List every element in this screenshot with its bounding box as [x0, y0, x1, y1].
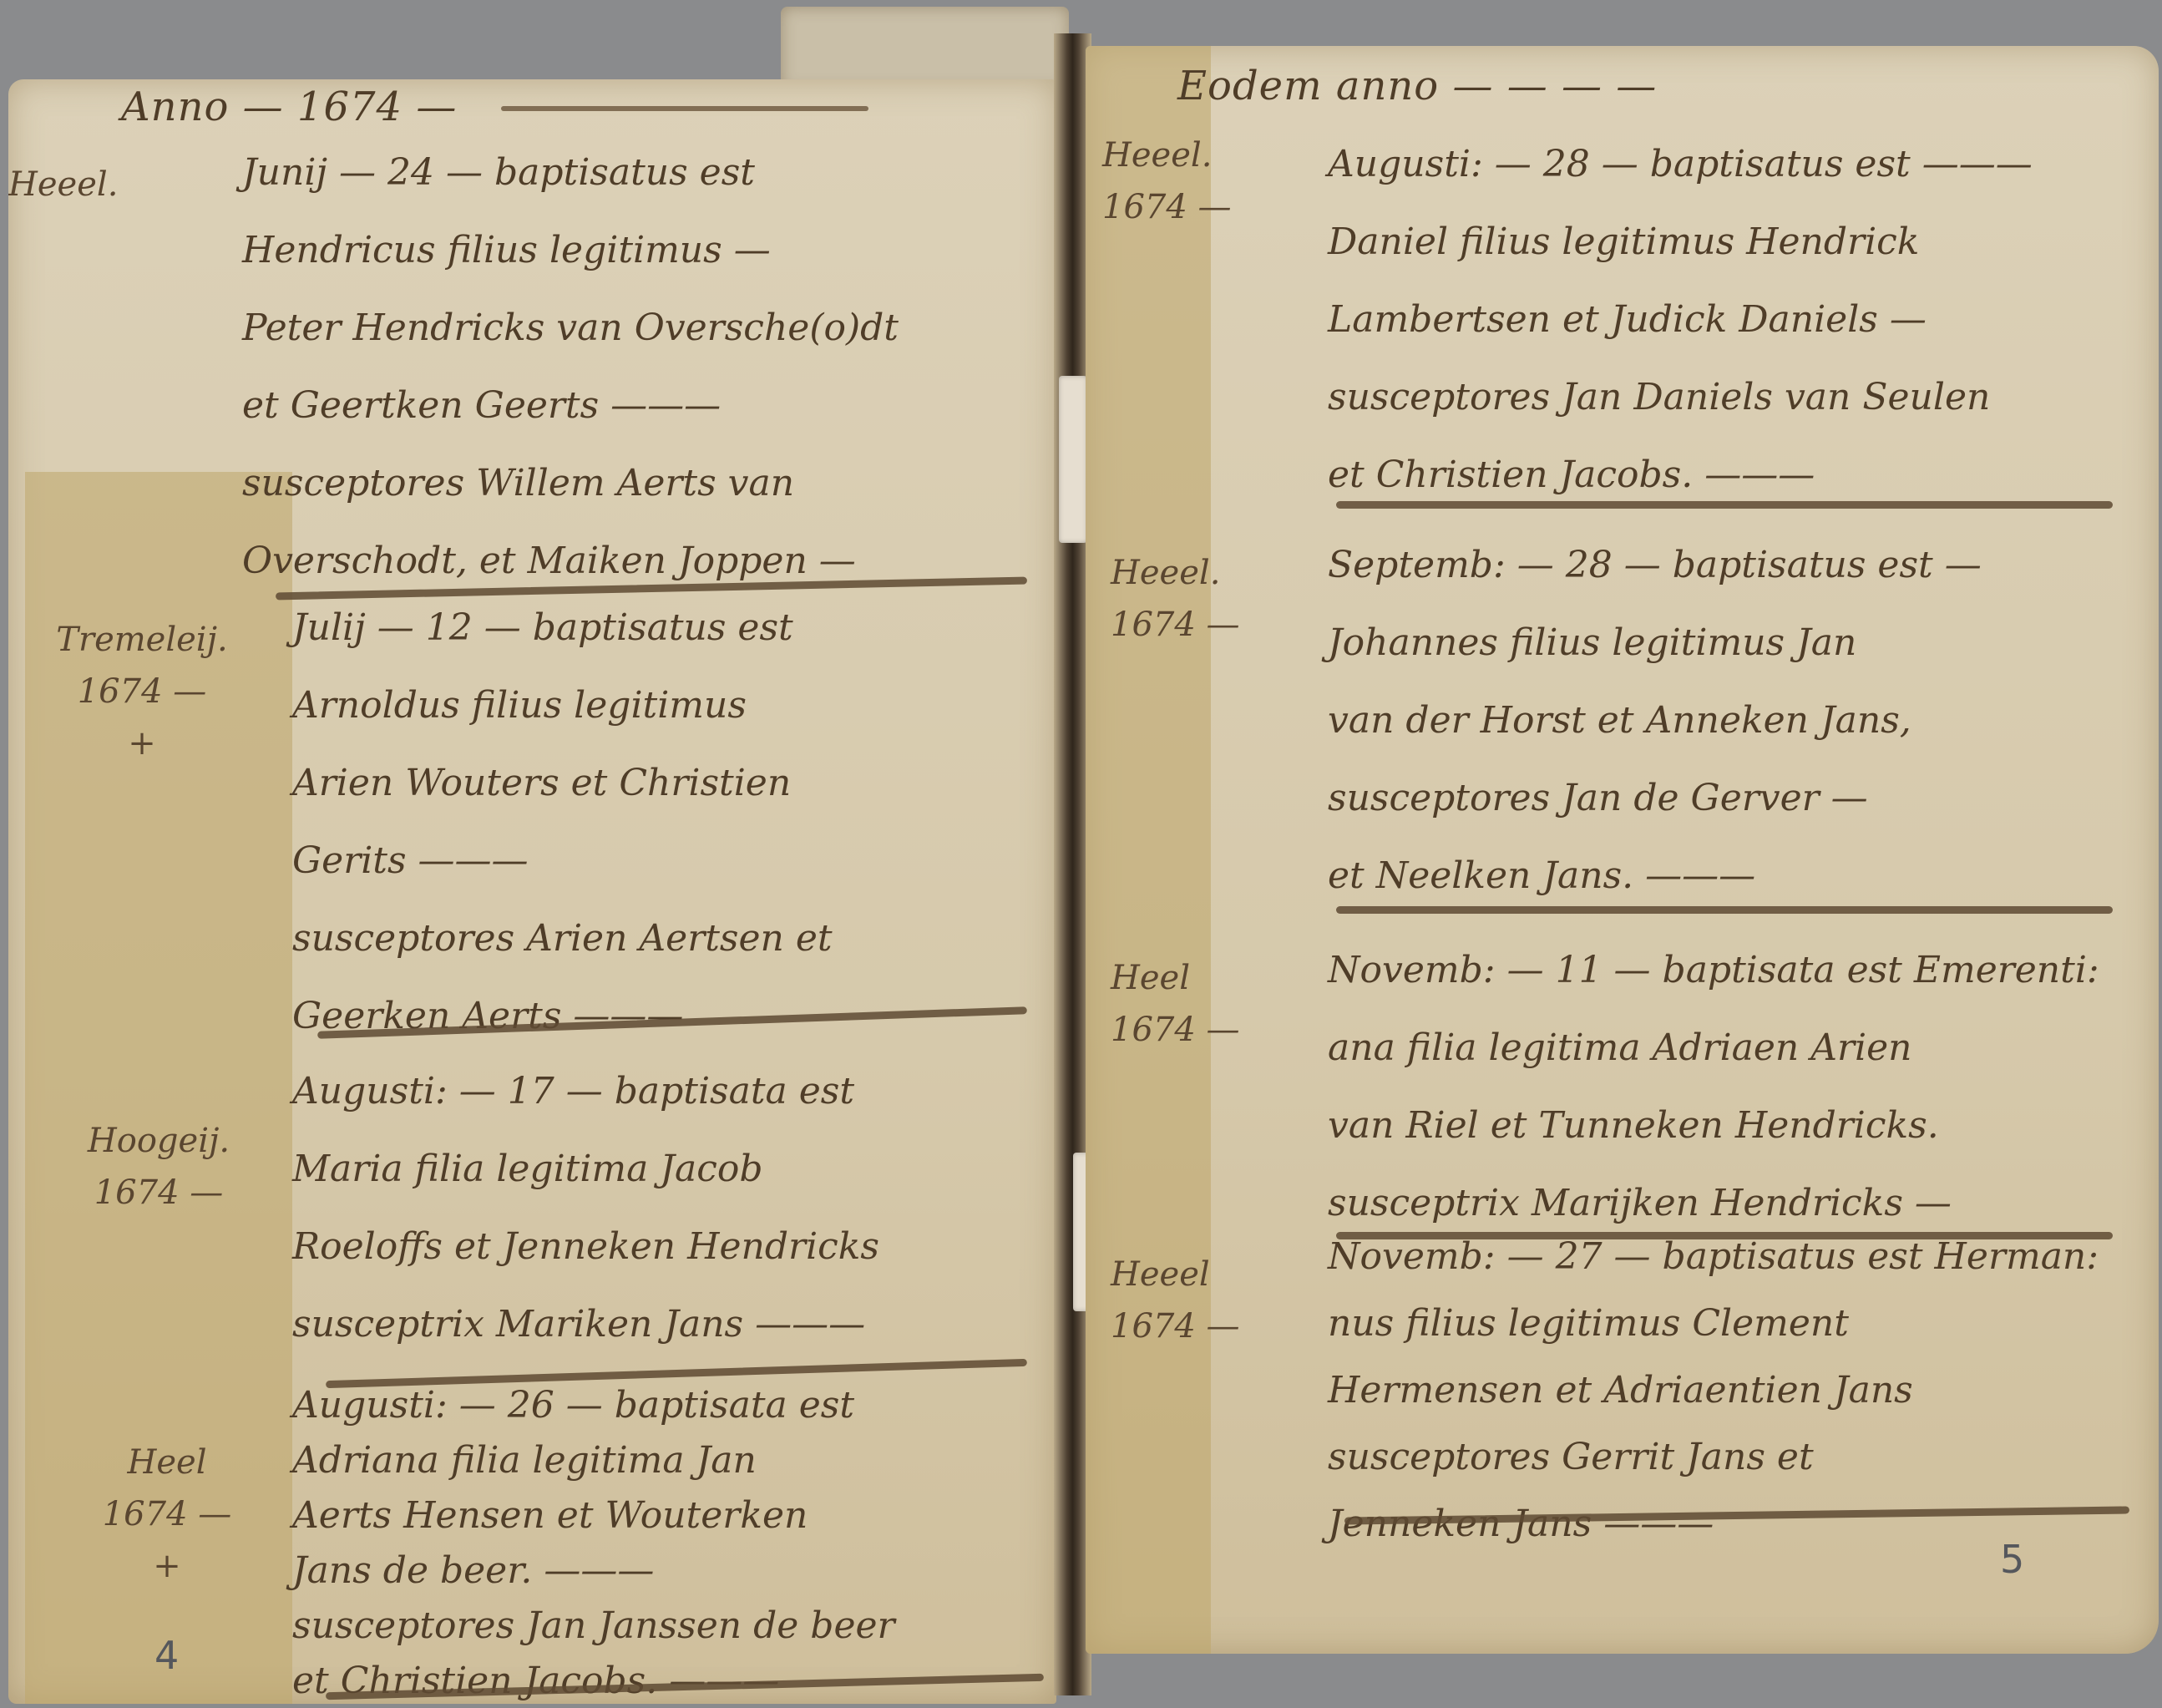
margin-note-line: Tremeleij. [42, 614, 242, 666]
margin-note: Tremeleij. 1674 — + [42, 614, 242, 769]
register-entry: Junij — 24 — baptisatus est Hendricus fi… [242, 134, 899, 600]
entry-line: Augusti: — 28 — baptisatus est ——— [1328, 125, 2033, 203]
entry-line: Peter Hendricks van Oversche(o)dt [242, 289, 899, 367]
entry-line: susceptores Willem Aerts van [242, 444, 899, 522]
margin-note: Heel 1674 — [1111, 952, 1240, 1056]
entry-line: Jans de beer. ——— [292, 1543, 895, 1599]
margin-note-line: Heel [84, 1437, 251, 1488]
entry-line: susceptrix Mariken Jans ——— [292, 1285, 879, 1363]
entry-line: van Riel et Tunneken Hendricks. [1328, 1087, 2099, 1164]
entry-line: Julij — 12 — baptisatus est [292, 589, 833, 666]
cross-mark-icon: + [42, 717, 242, 769]
entry-line: Junij — 24 — baptisatus est [242, 134, 899, 211]
margin-note-line: Heeel. [1111, 547, 1240, 599]
entry-line: Augusti: — 26 — baptisata est [292, 1378, 895, 1433]
margin-note-line: 1674 — [1111, 599, 1240, 651]
margin-note-line: Heel [1111, 952, 1240, 1004]
left-page: Anno — 1674 — Heeel. Junij — 24 — baptis… [8, 79, 1056, 1704]
margin-note: Heeel. [8, 159, 118, 210]
margin-note: Heeel. 1674 — [1111, 547, 1240, 651]
margin-note-line: 1674 — [1111, 1300, 1240, 1352]
entry-line: susceptores Arien Aertsen et [292, 900, 833, 977]
margin-note-line: 1674 — [42, 666, 242, 717]
register-entry: Augusti: — 28 — baptisatus est ——— Danie… [1328, 125, 2033, 514]
repair-strip [1086, 46, 1211, 1654]
register-entry: Septemb: — 28 — baptisatus est — Johanne… [1328, 526, 1982, 915]
page-heading: Anno — 1674 — [121, 84, 457, 130]
entry-line: Roeloffs et Jenneken Hendricks [292, 1208, 879, 1285]
margin-note: Heeel. 1674 — [1102, 129, 1232, 233]
entry-line: van der Horst et Anneken Jans, [1328, 682, 1982, 759]
margin-note: Hoogeij. 1674 — [75, 1115, 242, 1219]
binding-tab [781, 7, 1069, 90]
entry-line: susceptores Gerrit Jans et [1328, 1424, 2099, 1491]
binding-hinge [1059, 376, 1087, 543]
margin-note-line: 1674 — [1111, 1004, 1240, 1056]
entry-line: ana filia legitima Adriaen Arien [1328, 1009, 2099, 1087]
margin-note-line: Heeel. [8, 165, 118, 204]
entry-line: susceptores Jan Janssen de beer [292, 1599, 895, 1654]
entry-line: susceptores Jan Daniels van Seulen [1328, 358, 2033, 436]
entry-line: susceptores Jan de Gerver — [1328, 759, 1982, 837]
entry-line: Aerts Hensen et Wouterken [292, 1488, 895, 1543]
right-page: Eodem anno — — — — Heeel. 1674 — Augusti… [1086, 46, 2159, 1654]
entry-line: Adriana filia legitima Jan [292, 1433, 895, 1488]
margin-note: Heeel 1674 — [1111, 1249, 1240, 1352]
open-manuscript-book: Anno — 1674 — Heeel. Junij — 24 — baptis… [0, 0, 2162, 1708]
entry-line: Lambertsen et Judick Daniels — [1328, 281, 2033, 358]
entry-line: Arien Wouters et Christien [292, 744, 833, 822]
register-entry: Augusti: — 17 — baptisata est Maria fili… [292, 1052, 879, 1363]
entry-line: Arnoldus filius legitimus [292, 666, 833, 744]
entry-line: Maria filia legitima Jacob [292, 1130, 879, 1208]
entry-line: Daniel filius legitimus Hendrick [1328, 203, 2033, 281]
margin-note-line: Heeel. [1102, 129, 1232, 181]
register-entry: Julij — 12 — baptisatus est Arnoldus fil… [292, 589, 833, 1055]
entry-line: Novemb: — 11 — baptisata est Emerenti: [1328, 931, 2099, 1009]
margin-note-line: 1674 — [75, 1167, 242, 1219]
entry-line: Hendricus filius legitimus — [242, 211, 899, 289]
entry-divider [1336, 906, 2113, 914]
page-heading: Eodem anno — — — — [1177, 63, 1657, 109]
folio-number: 4 [154, 1633, 179, 1678]
entry-line: Septemb: — 28 — baptisatus est — [1328, 526, 1982, 604]
entry-line: nus filius legitimus Clement [1328, 1290, 2099, 1357]
margin-note-line: Heeel [1111, 1249, 1240, 1300]
entry-line: et Geertken Geerts ——— [242, 367, 899, 444]
entry-line: Novemb: — 27 — baptisatus est Herman: [1328, 1224, 2099, 1290]
register-entry: Augusti: — 26 — baptisata est Adriana fi… [292, 1378, 895, 1704]
entry-line: Hermensen et Adriaentien Jans [1328, 1357, 2099, 1424]
margin-note: Heel 1674 — + [84, 1437, 251, 1592]
entry-divider [1336, 501, 2113, 509]
register-entry: Novemb: — 11 — baptisata est Emerenti: a… [1328, 931, 2099, 1242]
entry-line: Johannes filius legitimus Jan [1328, 604, 1982, 682]
margin-note-line: 1674 — [84, 1488, 251, 1540]
margin-note-line: 1674 — [1102, 181, 1232, 233]
margin-note-line: Hoogeij. [75, 1115, 242, 1167]
ruled-dash [501, 106, 868, 111]
entry-line: Gerits ——— [292, 822, 833, 900]
cross-mark-icon: + [84, 1540, 251, 1592]
folio-number: 5 [2000, 1537, 2024, 1582]
entry-line: et Neelken Jans. ——— [1328, 837, 1982, 915]
entry-line: Augusti: — 17 — baptisata est [292, 1052, 879, 1130]
entry-line: Jenneken Jans ——— [1328, 1491, 2099, 1558]
